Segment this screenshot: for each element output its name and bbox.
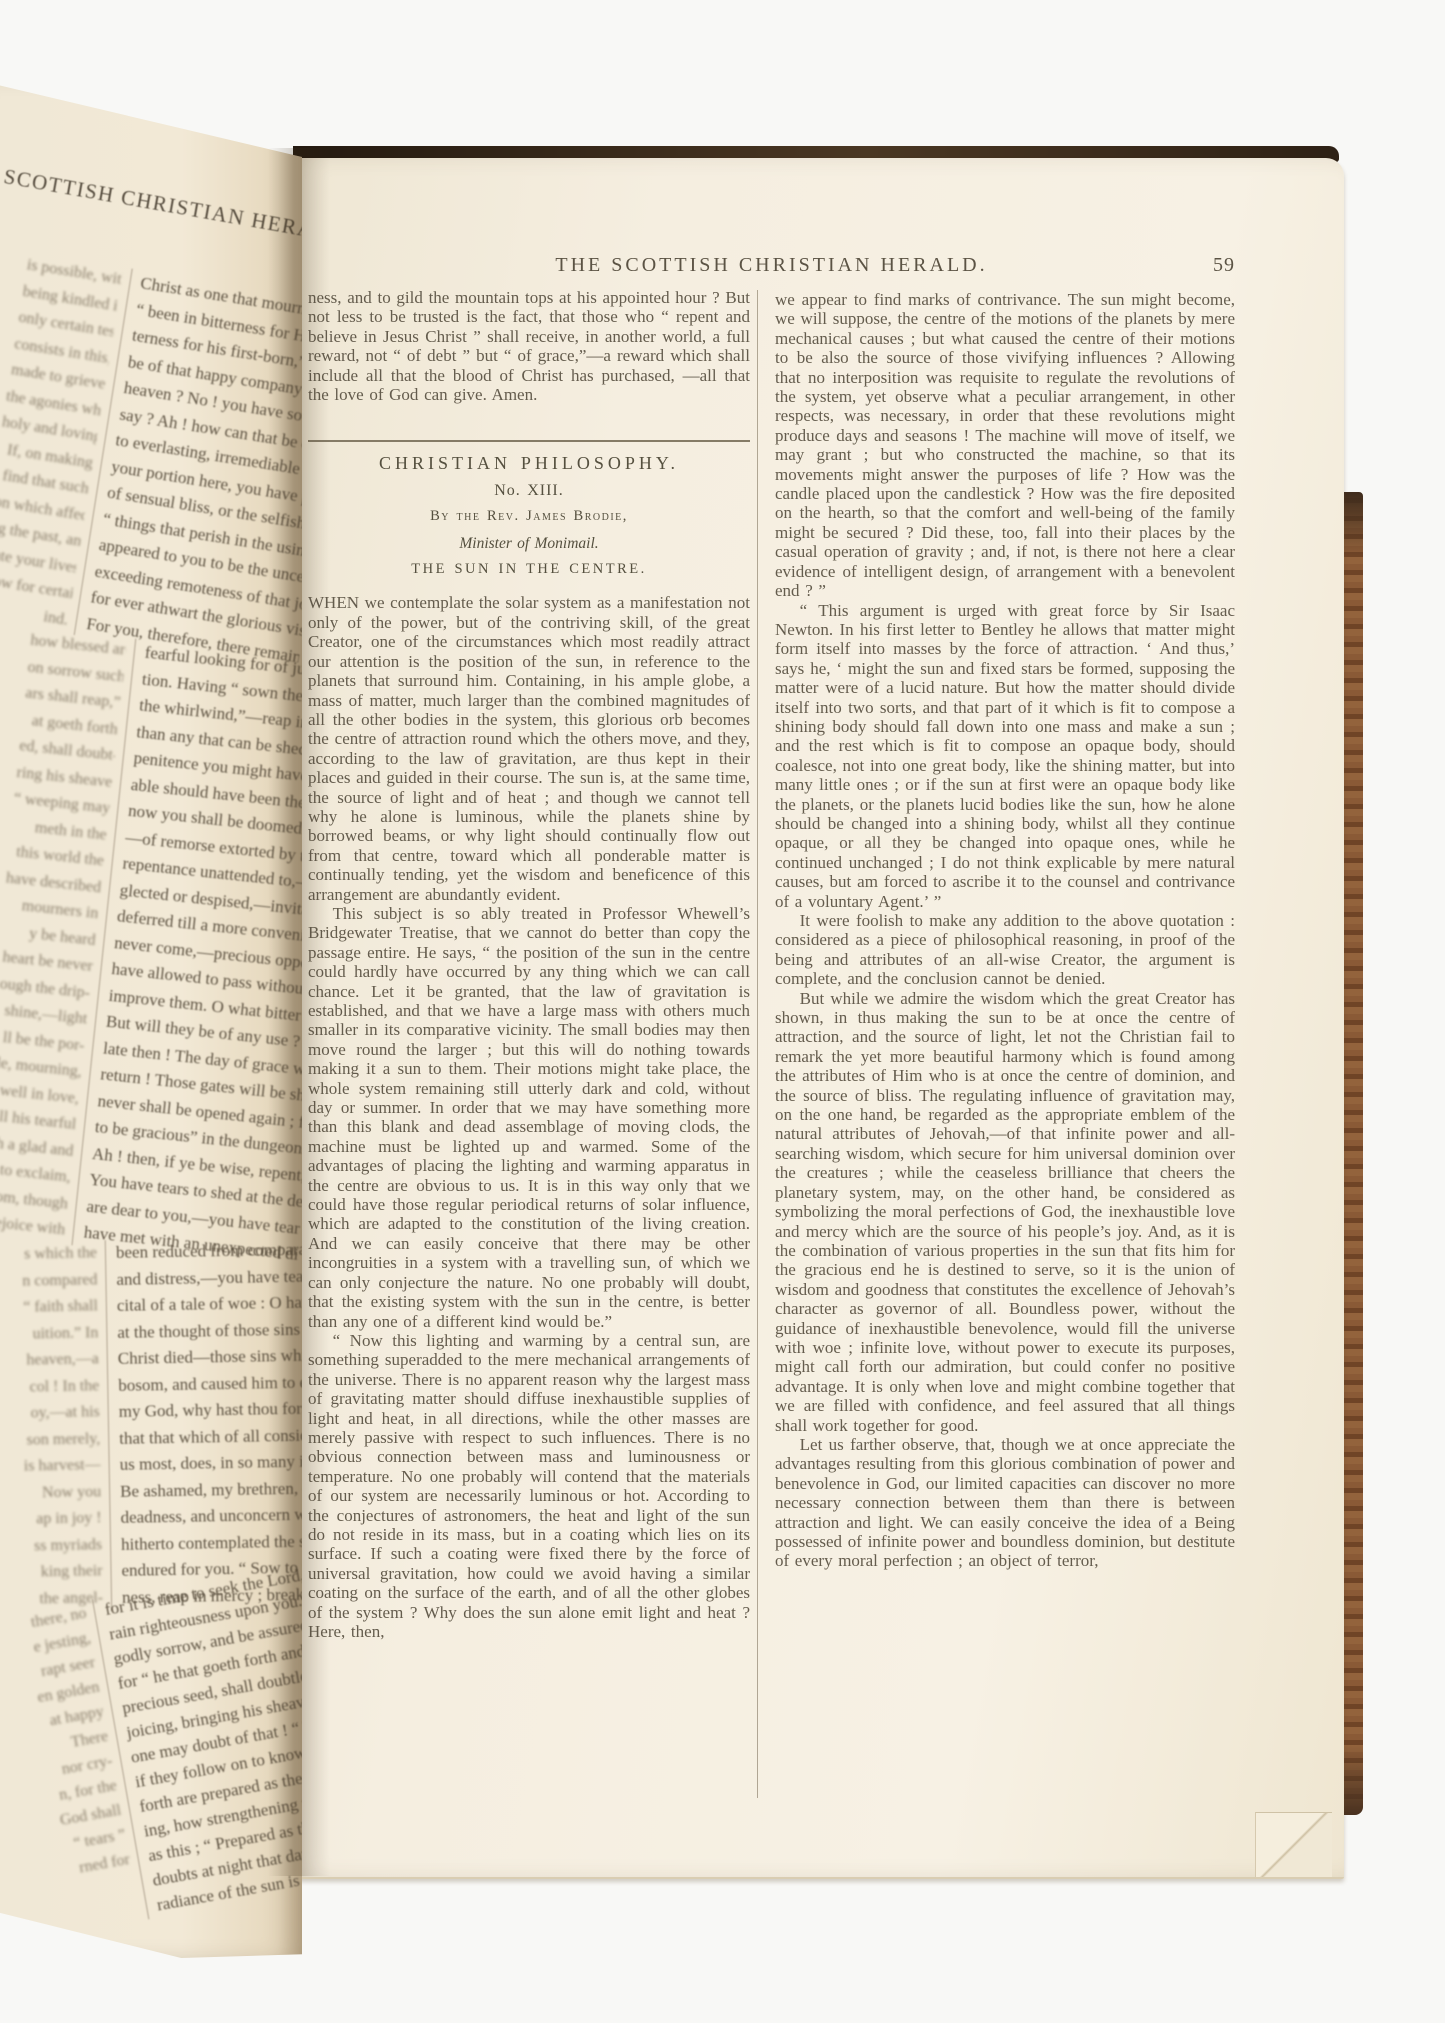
- left-page-text-segment: s which then compared“ faith shalluition…: [1, 1236, 302, 1613]
- text-line: king their: [6, 1558, 102, 1586]
- page-header: THE SCOTTISH CHRISTIAN HERALD. 59: [308, 254, 1235, 284]
- text-line: is harvest—: [4, 1452, 100, 1480]
- text-line: hitherto contemplated the sufferings: [121, 1528, 302, 1558]
- left-page-text-segment: how blessed areon sorrow suchars shall r…: [0, 628, 302, 1269]
- article-byline-detail: Minister of Monimail.: [308, 534, 750, 553]
- paragraph: Let us farther observe, that, though we …: [775, 1435, 1235, 1571]
- article-number: No. XIII.: [308, 481, 750, 500]
- text-line: been reduced from comparative afflue: [116, 1236, 302, 1266]
- section-divider-rule: [308, 440, 750, 442]
- text-line: ss myriads: [6, 1532, 102, 1560]
- text-line: uition.” In: [2, 1320, 98, 1348]
- continuation-paragraph: ness, and to gild the mountain tops at h…: [308, 288, 750, 404]
- paragraph: It were foolish to make any addition to …: [775, 911, 1235, 989]
- paragraph: “ This argument is urged with great forc…: [775, 601, 1235, 912]
- text-line: us most, does, in so many instances, a: [119, 1448, 302, 1478]
- paragraph: This subject is so ably treated in Profe…: [308, 904, 750, 1331]
- text-line: and distress,—you have tears to shed: [116, 1263, 302, 1293]
- paragraph: “ Now this lighting and warming by a cen…: [308, 1331, 750, 1642]
- article-heading-block: CHRISTIAN PHILOSOPHY. No. XIII. By the R…: [308, 454, 750, 579]
- article-title: CHRISTIAN PHILOSOPHY.: [308, 454, 750, 473]
- text-line: my God, why hast thou forsaken me ?: [119, 1395, 302, 1425]
- right-page: THE SCOTTISH CHRISTIAN HERALD. 59 ness, …: [294, 158, 1344, 1879]
- text-line: Now you: [5, 1479, 101, 1507]
- text-line: that that which of all considerations: [119, 1422, 302, 1452]
- article-byline: By the Rev. James Brodie,: [308, 507, 750, 526]
- text-line: deadness, and unconcern with which: [120, 1501, 302, 1531]
- right-column: we appear to find marks of contrivance. …: [775, 290, 1235, 1750]
- left-page-column-1: s which then compared“ faith shalluition…: [1, 1240, 103, 1613]
- text-line: col ! In the: [3, 1373, 99, 1401]
- text-line: “ faith shall: [2, 1293, 98, 1321]
- text-line: oy,—at his: [4, 1399, 100, 1427]
- paragraph: WHEN we contemplate the solar system as …: [308, 593, 750, 904]
- book-photo-scene: SCOTTISH CHRISTIAN HERALD. is possible, …: [0, 0, 1445, 2023]
- page-number: 59: [1213, 254, 1235, 277]
- text-line: cital of a tale of woe : O have you n: [117, 1289, 302, 1319]
- text-line: s which the: [1, 1240, 97, 1268]
- folded-page-corner: [1255, 1812, 1332, 1877]
- left-page-column-2: been reduced from comparative afflueand …: [105, 1236, 302, 1611]
- column-divider-rule: [757, 290, 758, 1798]
- article-subtitle: THE SUN IN THE CENTRE.: [308, 560, 750, 579]
- text-line: Be ashamed, my brethren, of the cold: [120, 1475, 302, 1505]
- left-page-text-segment: is possible, with-being kindled inonly c…: [0, 252, 302, 670]
- text-line: Christ died—those sins which pierced: [118, 1342, 302, 1372]
- text-line: heaven,—a: [3, 1346, 99, 1374]
- text-line: bosom, and caused him to exclaim,: [118, 1369, 302, 1399]
- text-line: at the thought of those sins of your: [117, 1316, 302, 1346]
- text-line: n compared: [1, 1267, 97, 1295]
- left-facing-page: SCOTTISH CHRISTIAN HERALD. is possible, …: [0, 78, 302, 1958]
- text-line: son merely,: [4, 1426, 100, 1454]
- right-column-paragraphs: “ This argument is urged with great forc…: [775, 601, 1235, 1571]
- middle-column: ness, and to gild the mountain tops at h…: [308, 288, 750, 1794]
- left-page-running-header: SCOTTISH CHRISTIAN HERALD.: [2, 164, 302, 262]
- article-paragraphs: WHEN we contemplate the solar system as …: [308, 593, 750, 1641]
- text-line: ap in joy !: [5, 1505, 101, 1533]
- left-page-text-segment: there, noe jesting,rapt seeren goldenat …: [0, 1560, 302, 1937]
- paragraph: But while we admire the wisdom which the…: [775, 989, 1235, 1435]
- continuation-paragraph: we appear to find marks of contrivance. …: [775, 290, 1235, 601]
- running-title: THE SCOTTISH CHRISTIAN HERALD.: [308, 254, 1235, 277]
